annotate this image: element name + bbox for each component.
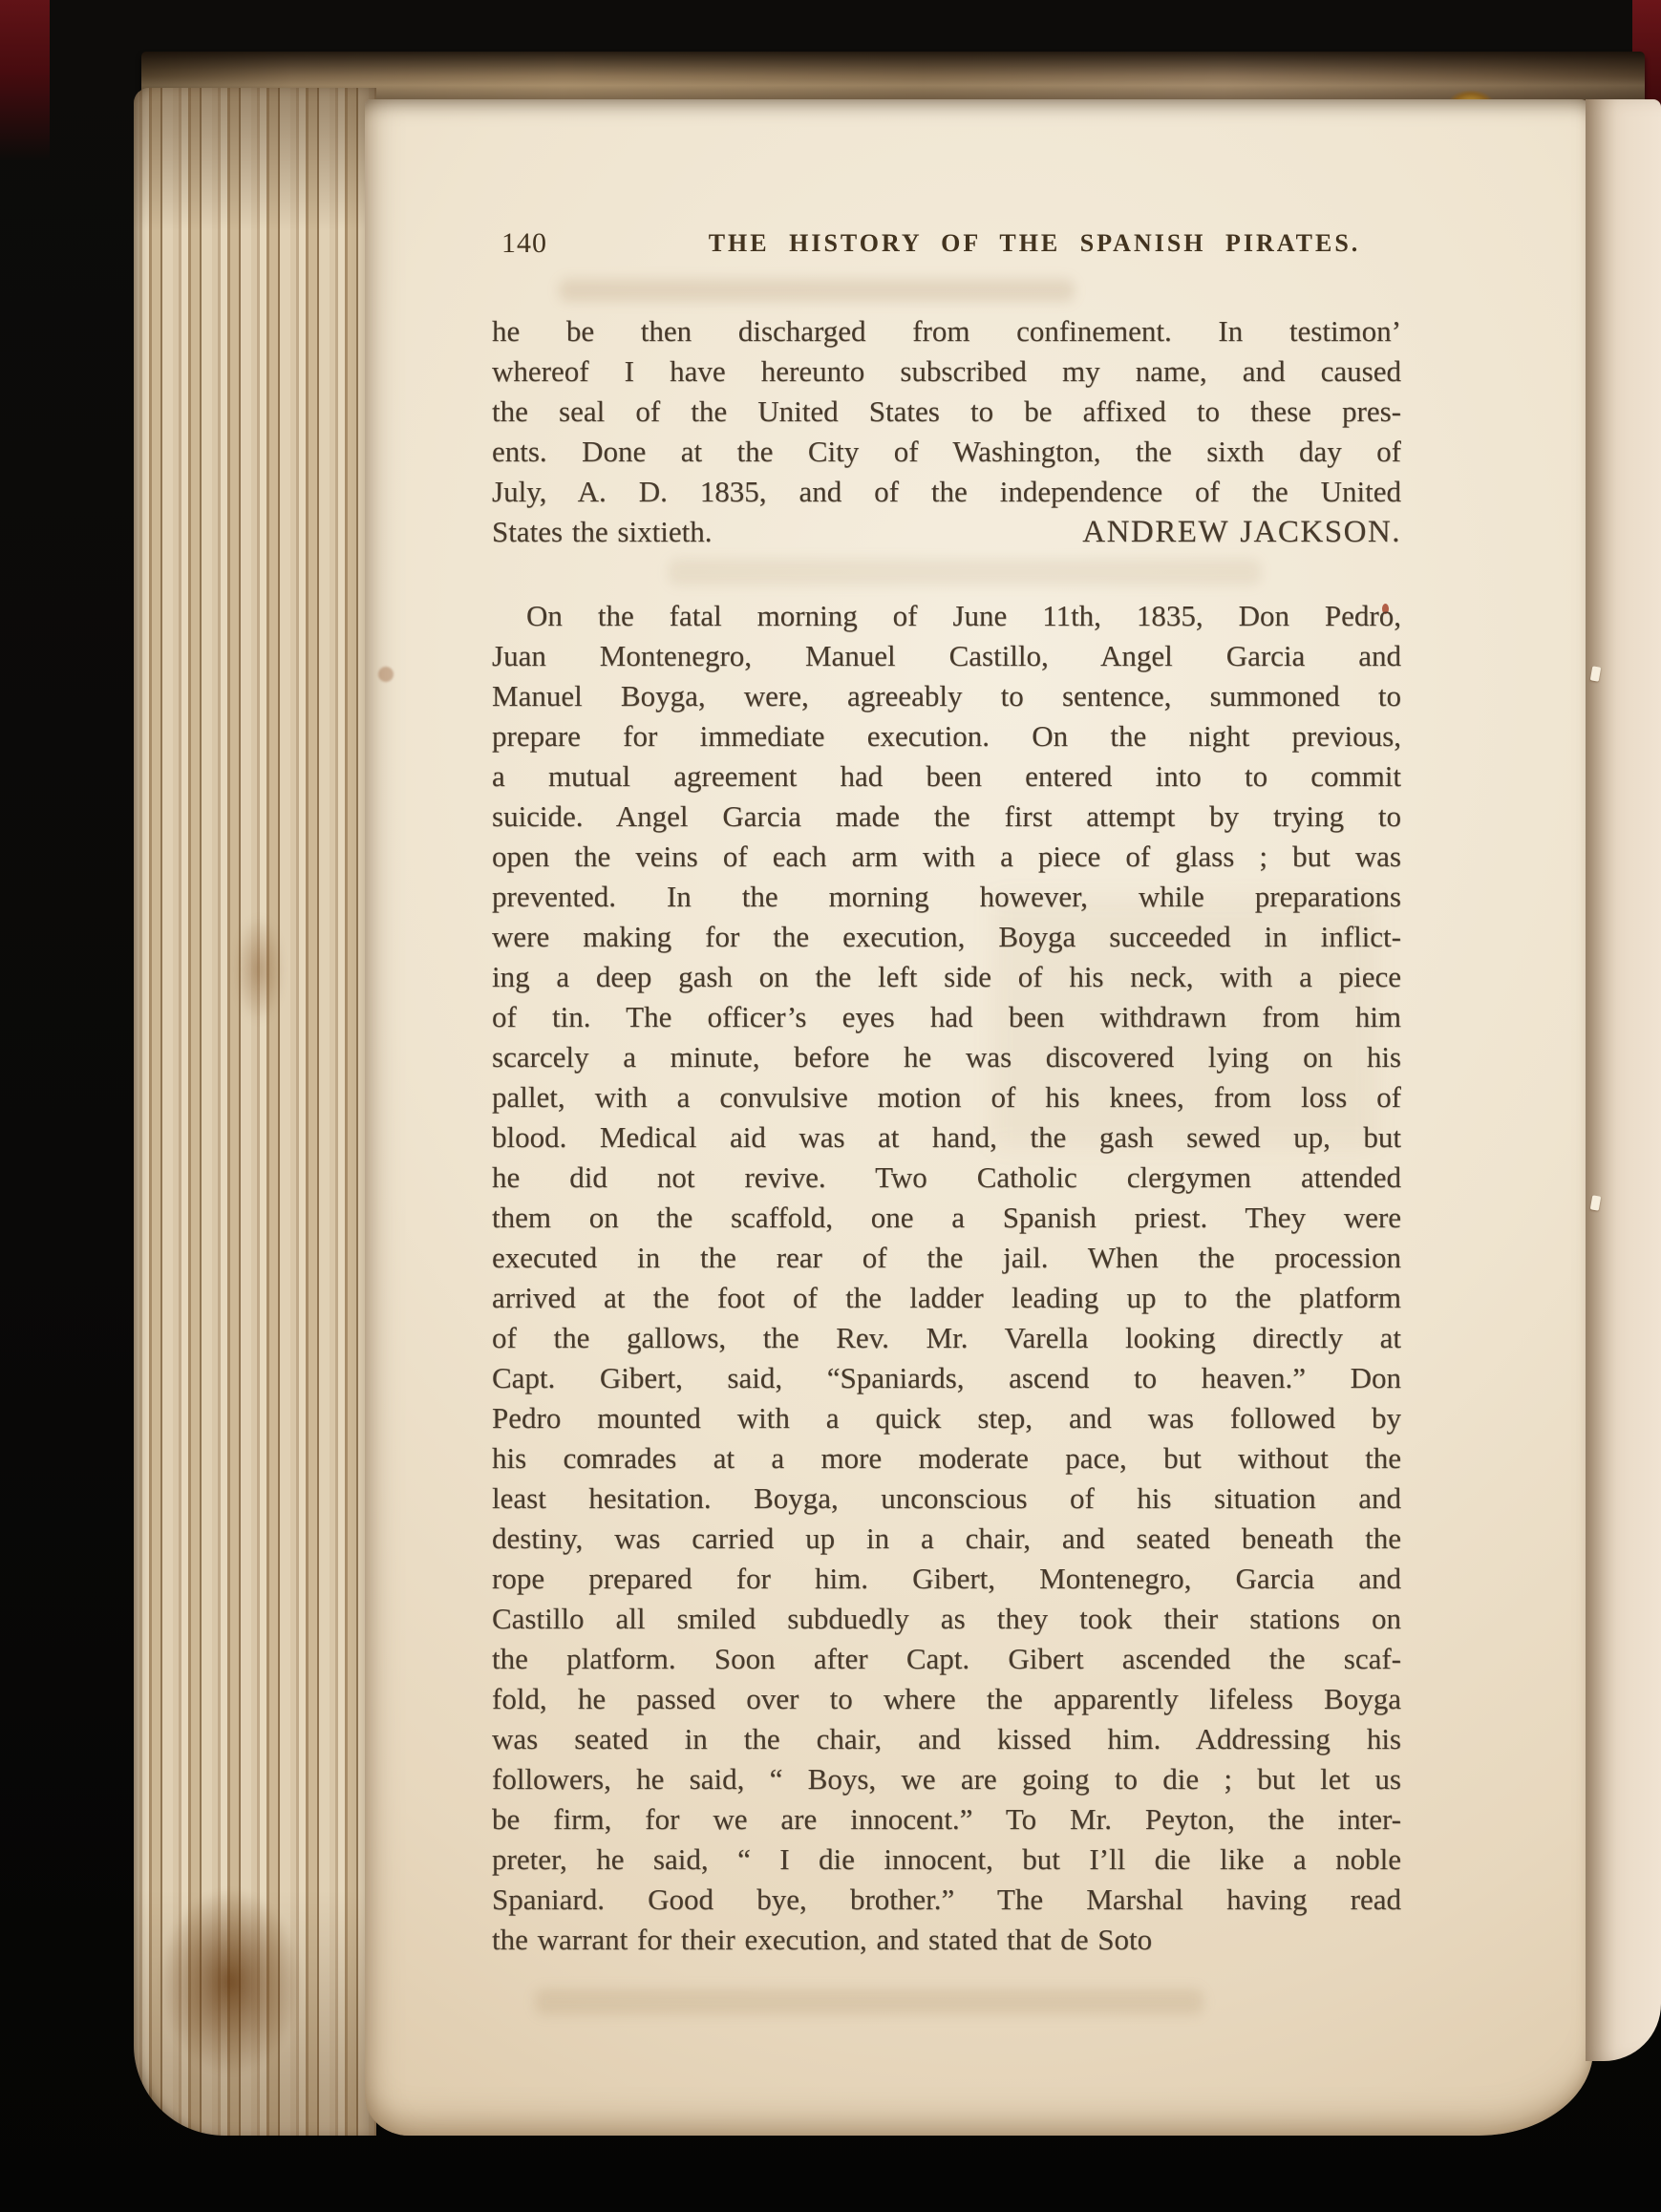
text-line: prepare for immediate execution. On the … [492, 716, 1401, 756]
running-title: THE HISTORY OF THE SPANISH PIRATES. [580, 229, 1489, 258]
text-line: ing a deep gash on the left side of his … [492, 957, 1401, 997]
text-line: the seal of the United States to be affi… [492, 392, 1401, 432]
text-line: were making for the execution, Boyga suc… [492, 917, 1401, 957]
text-line: rope prepared for him. Gibert, Montenegr… [492, 1559, 1401, 1599]
page-number: 140 [501, 227, 547, 260]
text-line: fold, he passed over to where the appare… [492, 1679, 1401, 1719]
text-line: pallet, with a convulsive motion of his … [492, 1077, 1401, 1117]
text-line: executed in the rear of the jail. When t… [492, 1238, 1401, 1278]
text-line: Spaniard. Good bye, brother.” The Marsha… [492, 1880, 1401, 1920]
paragraph-lines: On the fatal morning of June 11th, 1835,… [492, 596, 1401, 1920]
fore-edge-stain [139, 1862, 321, 2101]
text-line: blood. Medical aid was at hand, the gash… [492, 1117, 1401, 1158]
signature: ANDREW JACKSON. [1082, 512, 1401, 552]
photographed-book-scan: 140 THE HISTORY OF THE SPANISH PIRATES. … [0, 0, 1661, 2212]
text-line: whereof I have hereunto subscribed my na… [492, 351, 1401, 392]
text-line: the platform. Soon after Capt. Gibert as… [492, 1639, 1401, 1679]
text-line: prevented. In the morning however, while… [492, 877, 1401, 917]
text-line: least hesitation. Boyga, unconscious of … [492, 1478, 1401, 1519]
fore-edge-stain [225, 898, 292, 1041]
page-stack-fore-edge [134, 88, 376, 2136]
foxing-spot [378, 667, 394, 682]
text-line: Pedro mounted with a quick step, and was… [492, 1398, 1401, 1438]
text-line: was seated in the chair, and kissed him.… [492, 1719, 1401, 1759]
text-line: his comrades at a more moderate pace, bu… [492, 1438, 1401, 1478]
text-line: scarcely a minute, before he was discove… [492, 1037, 1401, 1077]
red-cloth-edge-left [0, 0, 50, 160]
text-line: Castillo all smiled subduedly as they to… [492, 1599, 1401, 1639]
text-line: preter, he said, “ I die innocent, but I… [492, 1840, 1401, 1880]
paragraph-lines: he be then discharged from confinement. … [492, 311, 1401, 512]
text-line: destiny, was carried up in a chair, and … [492, 1519, 1401, 1559]
text-line: suicide. Angel Garcia made the first att… [492, 797, 1401, 837]
text-line: be firm, for we are innocent.” To Mr. Pe… [492, 1799, 1401, 1840]
text-line: of tin. The officer’s eyes had been with… [492, 997, 1401, 1037]
text-line: he be then discharged from confinement. … [492, 311, 1401, 351]
text-line: of the gallows, the Rev. Mr. Varella loo… [492, 1318, 1401, 1358]
text-line: ents. Done at the City of Washington, th… [492, 432, 1401, 472]
text-line: a mutual agreement had been entered into… [492, 756, 1401, 797]
text-line: he did not revive. Two Catholic clergyme… [492, 1158, 1401, 1198]
text-line: Manuel Boyga, were, agreeably to sentenc… [492, 676, 1401, 716]
text-line: arrived at the foot of the ladder leadin… [492, 1278, 1401, 1318]
paragraph-execution: On the fatal morning of June 11th, 1835,… [492, 596, 1401, 1960]
text-line: Juan Montenegro, Manuel Castillo, Angel … [492, 636, 1401, 676]
text-line: open the veins of each arm with a piece … [492, 837, 1401, 877]
signature-line: States the sixtieth. ANDREW JACKSON. [492, 512, 1401, 552]
text-line: followers, he said, “ Boys, we are going… [492, 1759, 1401, 1799]
text-line: July, A. D. 1835, and of the independenc… [492, 472, 1401, 512]
facing-page-edge [1586, 99, 1661, 2061]
text-line: States the sixtieth. [492, 512, 712, 552]
text-line: the warrant for their execution, and sta… [492, 1920, 1401, 1960]
text-line: On the fatal morning of June 11th, 1835,… [492, 596, 1401, 636]
text-line: Capt. Gibert, said, “Spaniards, ascend t… [492, 1358, 1401, 1398]
paragraph-proclamation: he be then discharged from confinement. … [492, 311, 1401, 552]
page-header: 140 THE HISTORY OF THE SPANISH PIRATES. [492, 225, 1401, 264]
text-line: them on the scaffold, one a Spanish prie… [492, 1198, 1401, 1238]
body-text: he be then discharged from confinement. … [492, 311, 1401, 1960]
